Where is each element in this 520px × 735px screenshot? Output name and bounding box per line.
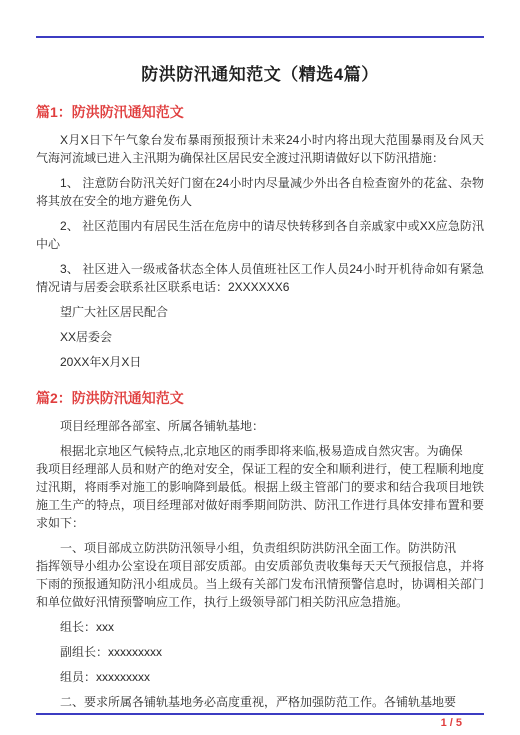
section-1-heading: 篇1：防洪防汛通知范文 [36, 102, 484, 122]
paragraph: X月X日下午气象台发布暴雨预报预计未来24小时内将出现大范围暴雨及台风天气海河流… [36, 131, 484, 167]
list-item-1: 1、 注意防台防汛关好门窗在24小时内尽量减少外出各自检查窗外的花盆、杂物将其放… [36, 174, 484, 210]
leader-line: 组长：xxx [36, 618, 484, 636]
list-item-2: 2、 社区范围内有居民生活在危房中的请尽快转移到各自亲戚家中或XX应急防汛中心 [36, 217, 484, 253]
deputy-leader-line: 副组长：xxxxxxxxx [36, 643, 484, 661]
paragraph: 二、要求所属各铺轨基地务必高度重视，严格加强防范工作。各铺轨基地要 [36, 693, 484, 711]
list-item-3: 3、 社区进入一级戒备状态全体人员值班社区工作人员24小时开机待命如有紧急情况请… [36, 260, 484, 296]
section-1: 篇1：防洪防汛通知范文 X月X日下午气象台发布暴雨预报预计未来24小时内将出现大… [36, 102, 484, 371]
salutation-line: 项目经理部各部室、所属各铺轨基地： [36, 417, 484, 435]
section-2: 篇2：防洪防汛通知范文 项目经理部各部室、所属各铺轨基地： 根据北京地区气候特点… [36, 388, 484, 711]
footer-rule [36, 713, 484, 715]
paragraph: 根据北京地区气候特点,北京地区的雨季即将来临,极易造成自然灾害。为确保 我项目经… [36, 442, 484, 532]
document-page: 防洪防汛通知范文（精选4篇） 篇1：防洪防汛通知范文 X月X日下午气象台发布暴雨… [0, 0, 520, 735]
document-content: 防洪防汛通知范文（精选4篇） 篇1：防洪防汛通知范文 X月X日下午气象台发布暴雨… [0, 36, 520, 711]
date-line: 20XX年X月X日 [36, 353, 484, 371]
page-indicator: 1 / 5 [36, 717, 484, 729]
paragraph: 一、项目部成立防洪防汛领导小组，负责组织防洪防汛全面工作。防洪防汛 指挥领导小组… [36, 539, 484, 611]
signature-line: XX居委会 [36, 328, 484, 346]
members-line: 组员：xxxxxxxxx [36, 668, 484, 686]
page-footer: 1 / 5 [36, 713, 484, 729]
section-2-heading: 篇2：防洪防汛通知范文 [36, 388, 484, 408]
closing-line: 望广大社区居民配合 [36, 303, 484, 321]
document-title: 防洪防汛通知范文（精选4篇） [36, 60, 484, 85]
header-rule [36, 36, 484, 38]
